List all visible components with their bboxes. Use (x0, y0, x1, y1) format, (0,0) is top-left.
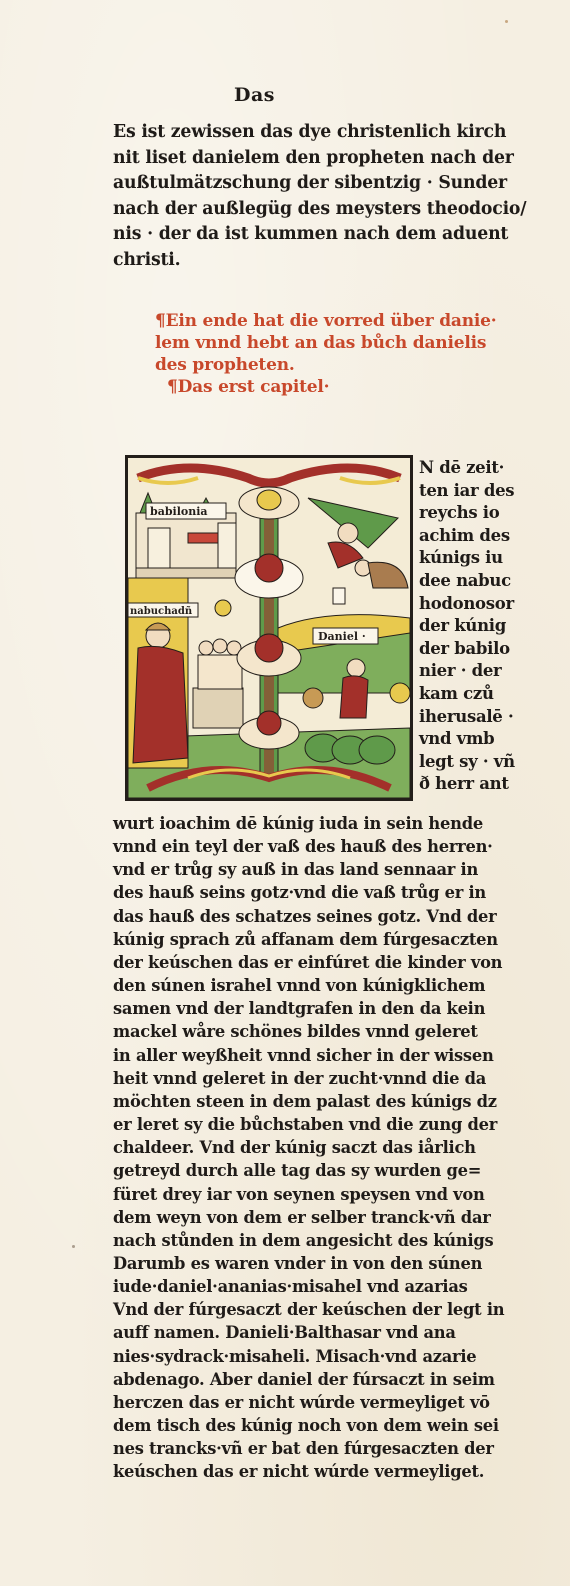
text-line: keúschen das er nicht wúrde vermeyliget. (113, 1460, 518, 1483)
text-line: nit liset danielem den propheten nach de… (113, 146, 513, 172)
text-line: vnnd ein teyl der vaß des hauß des herre… (113, 835, 518, 858)
text-line: mackel wåre schönes bildes vnnd geleret (113, 1020, 518, 1043)
text-line: dem weyn von dem er selber tranck·vñ dar (113, 1206, 518, 1229)
text-line: nach der außlegüg des meysters theodocio… (113, 197, 513, 223)
text-line: abdenago. Aber daniel der fúrsaczt in se… (113, 1368, 518, 1391)
text-line: den súnen israhel vnnd von kúnigklichem (113, 974, 518, 997)
text-line: Es ist zewissen das dye christenlich kir… (113, 120, 513, 146)
text-line: auff namen. Danieli·Balthasar vnd ana (113, 1321, 518, 1344)
text-line: vnd vmb (419, 728, 519, 751)
label-nabuchadnezzar: nabuchadñ (130, 606, 193, 617)
text-line: kúnigs iu (419, 547, 519, 570)
paper-speck (72, 1245, 75, 1248)
text-line: legt sy · vñ (419, 751, 519, 774)
text-line: wurt ioachim dē kúnig iuda in sein hende (113, 812, 518, 835)
text-line: der babilo (419, 638, 519, 661)
text-line: dee nabuc (419, 570, 519, 593)
body-paragraph: wurt ioachim dē kúnig iuda in sein hende… (113, 812, 518, 1484)
label-daniel: Daniel · (318, 630, 366, 643)
text-line: kam czů (419, 683, 519, 706)
text-line: ð herr ant (419, 773, 519, 796)
rubric-heading: ¶Ein ende hat die vorred über danie· lem… (155, 310, 515, 398)
text-line: N dē zeit· (419, 457, 519, 480)
text-line: samen vnd der landtgrafen in den da kein (113, 997, 518, 1020)
text-line: des hauß seins gotz·vnd die vaß trůg er … (113, 881, 518, 904)
text-line: christi. (113, 248, 513, 274)
label-babilonia: babilonia (150, 505, 208, 518)
text-line: kúnig sprach zů affanam dem fúrgesaczten (113, 928, 518, 951)
text-line: nach stůnden in dem angesicht des kúnigs (113, 1229, 518, 1252)
text-line: ten iar des (419, 480, 519, 503)
text-line: vnd er trůg sy auß in das land sennaar i… (113, 858, 518, 881)
woodcut-image: babilonia nabuchadñ (128, 458, 410, 798)
chapter-heading: ¶Das erst capitel· (167, 376, 515, 398)
text-line: dem tisch des kúnig noch von dem wein se… (113, 1414, 518, 1437)
text-line: herczen das er nicht wúrde vermeyliget v… (113, 1391, 518, 1414)
text-line: außtulmätzschung der sibentzig · Sunder (113, 171, 513, 197)
text-line: reychs io (419, 502, 519, 525)
text-line: er leret sy die bůchstaben vnd die zung … (113, 1113, 518, 1136)
text-line: chaldeer. Vnd der kúnig saczt das iårlic… (113, 1136, 518, 1159)
text-line: nier · der (419, 660, 519, 683)
text-line: nis · der da ist kummen nach dem aduent (113, 222, 513, 248)
text-line: in aller weyßheit vnnd sicher in der wis… (113, 1044, 518, 1067)
side-column-text: N dē zeit· ten iar des reychs io achim d… (419, 457, 519, 796)
paper-speck (505, 20, 508, 23)
text-line: der keúschen das er einfúret die kinder … (113, 951, 518, 974)
text-line: iude·daniel·ananias·misahel vnd azarias (113, 1275, 518, 1298)
prologue-paragraph: Es ist zewissen das dye christenlich kir… (113, 120, 513, 273)
text-line: Vnd der fúrgesaczt der keúschen der legt… (113, 1298, 518, 1321)
text-line: Darumb es waren vnder in von den súnen (113, 1252, 518, 1275)
rubric-line: des propheten. (155, 354, 515, 376)
text-line: füret drey iar von seynen speysen vnd vo… (113, 1183, 518, 1206)
rubric-line: lem vnnd hebt an das bůch danielis (155, 332, 515, 354)
text-line: möchten steen in dem palast des kúnigs d… (113, 1090, 518, 1113)
text-line: der kúnig (419, 615, 519, 638)
text-line: nies·sydrack·misaheli. Misach·vnd azarie (113, 1345, 518, 1368)
text-line: hodonosor (419, 593, 519, 616)
text-line: achim des (419, 525, 519, 548)
woodcut-illustration: babilonia nabuchadñ (125, 455, 413, 801)
text-line: iherusalē · (419, 706, 519, 729)
text-line: das hauß des schatzes seines gotz. Vnd d… (113, 905, 518, 928)
text-line: nes trancks·vñ er bat den fúrgesaczten d… (113, 1437, 518, 1460)
manuscript-page: Das Es ist zewissen das dye christenlich… (0, 0, 570, 1586)
rubric-line: ¶Ein ende hat die vorred über danie· (155, 310, 515, 332)
text-line: heit vnnd geleret in der zucht·vnnd die … (113, 1067, 518, 1090)
running-head: Das (234, 84, 275, 106)
text-line: getreyd durch alle tag das sy wurden ge= (113, 1159, 518, 1182)
